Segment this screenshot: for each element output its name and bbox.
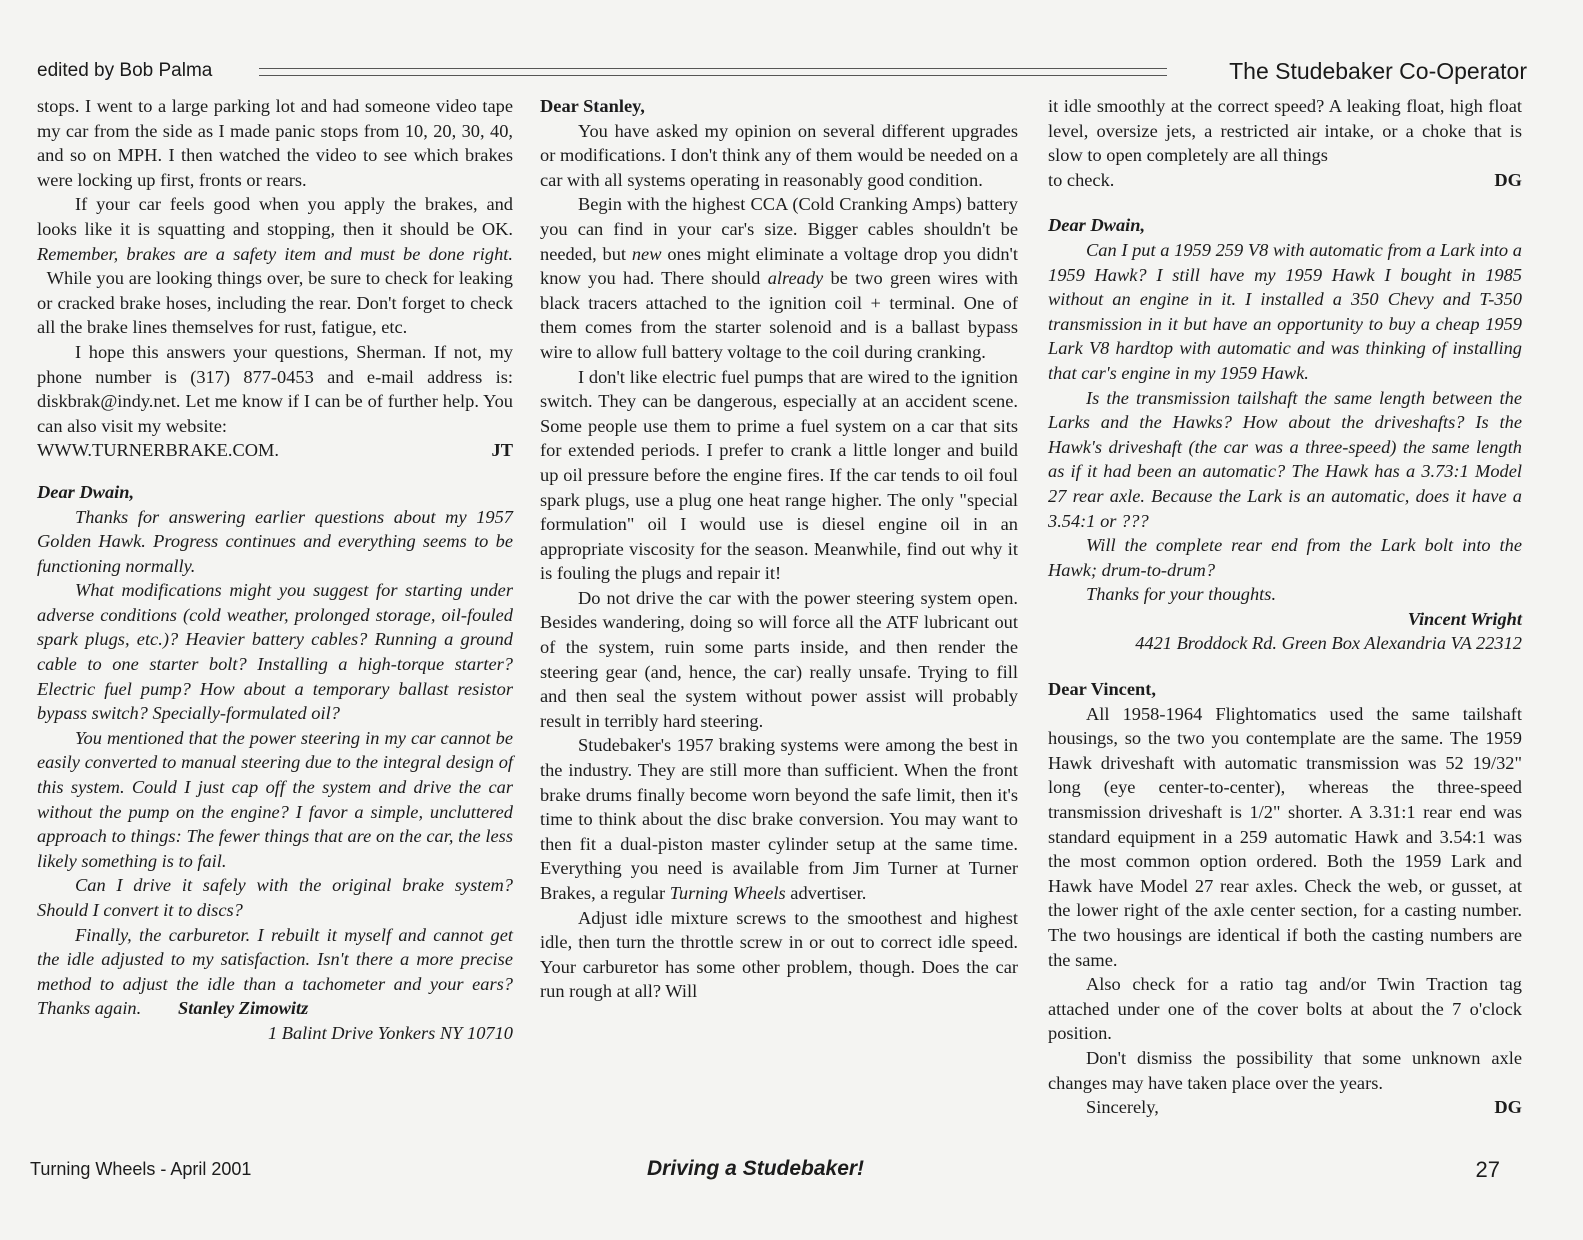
publication-issue: Turning Wheels - April 2001 [30,1159,251,1180]
publication-title: Turning Wheels [670,883,786,903]
text-run: advertiser. [790,883,866,903]
column-1: stops. I went to a large parking lot and… [37,94,513,1046]
paragraph: it idle smoothly at the correct speed? A… [1048,94,1522,168]
letter-signer: Stanley Zimowitz [178,998,308,1018]
reply-signoff: WWW.TURNERBRAKE.COM. JT [37,438,513,463]
paragraph: I don't like electric fuel pumps that ar… [540,365,1018,586]
author-initials: DG [1494,168,1522,193]
letter-paragraph: Can I put a 1959 259 V8 with automatic f… [1048,238,1522,386]
paragraph: If your car feels good when you apply th… [37,192,513,340]
text-run: While you are looking things over, be su… [37,268,513,337]
column-2: Dear Stanley, You have asked my opinion … [540,94,1018,1004]
paragraph: Don't dismiss the possibility that some … [1048,1046,1522,1095]
letter-paragraph: Is the transmission tailshaft the same l… [1048,386,1522,534]
paragraph: stops. I went to a large parking lot and… [37,94,513,192]
text-run: to check. [1048,168,1114,193]
paragraph: You have asked my opinion on several dif… [540,119,1018,193]
emphasis-text: already [768,268,824,288]
letter-paragraph: Can I drive it safely with the original … [37,873,513,922]
paragraph: Do not drive the car with the power stee… [540,586,1018,734]
editor-credit: edited by Bob Palma [37,60,212,82]
letter-paragraph: Will the complete rear end from the Lark… [1048,533,1522,582]
page-footer: Turning Wheels - April 2001 Driving a St… [30,1157,1500,1187]
letter-paragraph: Finally, the carburetor. I rebuilt it my… [37,923,513,1021]
page-header: edited by Bob Palma The Studebaker Co-Op… [37,56,1527,86]
letter-paragraph: You mentioned that the power steering in… [37,726,513,874]
page-number: 27 [1476,1157,1500,1183]
paragraph: Begin with the highest CCA (Cold Crankin… [540,192,1018,364]
letter-salutation: Dear Dwain, [37,480,513,505]
paragraph: Also check for a ratio tag and/or Twin T… [1048,972,1522,1046]
paragraph: All 1958-1964 Flightomatics used the sam… [1048,702,1522,973]
paragraph: Studebaker's 1957 braking systems were a… [540,733,1018,905]
emphasis-text: Remember, brakes are a safety item and m… [37,244,513,264]
paragraph: I hope this answers your questions, Sher… [37,340,513,438]
letter-address: 1 Balint Drive Yonkers NY 10710 [37,1021,513,1046]
section-title: The Studebaker Co-Operator [1229,58,1527,85]
author-initials: DG [1494,1095,1522,1120]
footer-tagline: Driving a Studebaker! [647,1157,864,1181]
closing-text: Sincerely, [1086,1095,1159,1120]
reply-signoff: Sincerely, DG [1048,1095,1522,1120]
reply-salutation: Dear Vincent, [1048,677,1522,702]
letter-salutation: Dear Dwain, [1048,213,1522,238]
letter-signer: Vincent Wright [1048,607,1522,632]
reply-signoff: to check. DG [1048,168,1522,193]
emphasis-text: new [632,244,662,264]
paragraph: Adjust idle mixture screws to the smooth… [540,906,1018,1004]
website-link[interactable]: WWW.TURNERBRAKE.COM. [37,438,279,463]
text-run: If your car feels good when you apply th… [37,194,513,239]
author-initials: JT [492,438,513,463]
reply-salutation: Dear Stanley, [540,94,1018,119]
letter-paragraph: What modifications might you suggest for… [37,578,513,726]
header-double-rule [259,68,1167,76]
letter-address: 4421 Broddock Rd. Green Box Alexandria V… [1048,631,1522,656]
letter-paragraph: Thanks for your thoughts. [1048,582,1522,607]
letter-paragraph: Thanks for answering earlier questions a… [37,505,513,579]
text-run: Studebaker's 1957 braking systems were a… [540,735,1018,903]
column-3: it idle smoothly at the correct speed? A… [1048,94,1522,1120]
